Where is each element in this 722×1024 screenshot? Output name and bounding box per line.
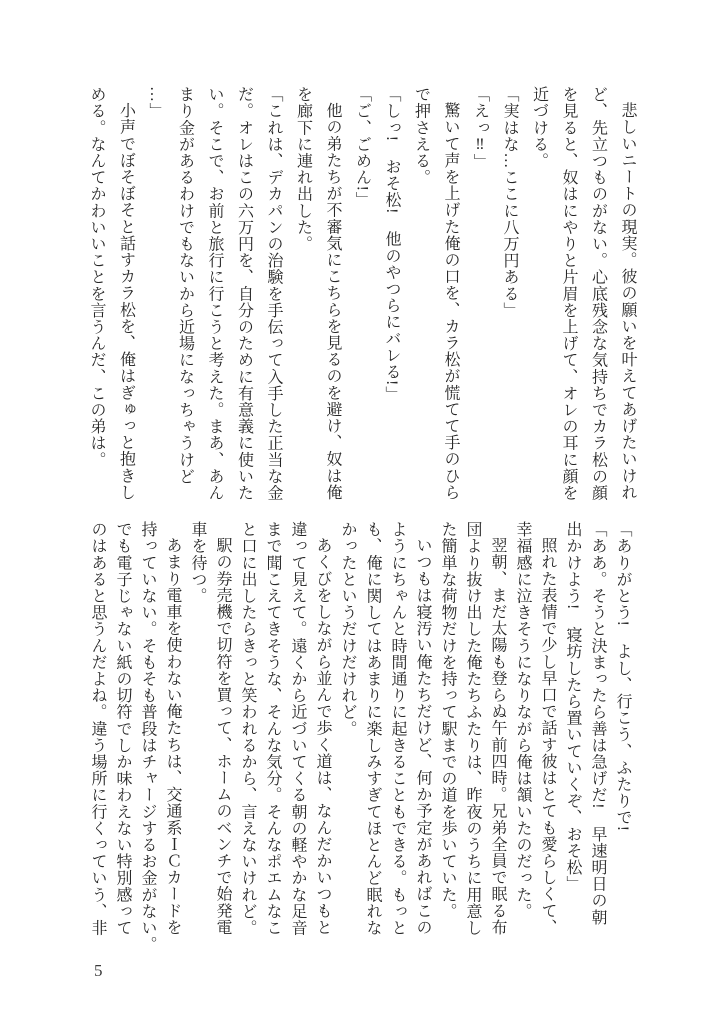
text-line: まり金があるわけでもないから近場になっちゃうけど [170, 86, 200, 504]
text-line: …」 [141, 86, 171, 504]
text-line: 「ああ。そうと決まったら善は急げだ! 早速明日の朝 [585, 521, 610, 957]
text-line: 照れた表情で少し早口で話す彼はとても愛らしくて、 [535, 521, 560, 957]
text-line: 近づける。 [524, 86, 554, 504]
text-line: 持っていない。そもそも普段はチャージするお金がない。 [135, 521, 160, 957]
text-line: 翌朝、まだ太陽も登らぬ午前四時。兄弟全員で眠る布 [485, 521, 510, 957]
text-line: 車を待つ。 [185, 521, 210, 957]
text-line: 「しっ! おそ松! 他のやつらにバレる!」 [377, 86, 407, 504]
text-line: 「ありがとう! よし、行こう、ふたりで! [610, 521, 635, 957]
text-line: 驚いて声を上げた俺の口を、カラ松が慌てて手のひら [436, 86, 466, 504]
text-line: める。なんてかわいいことを言うんだ、この弟は。 [82, 86, 112, 504]
text-line: 団より抜け出した俺たちふたりは、昨夜のうちに用意し [460, 521, 485, 957]
text-line: 「これは、デカパンの治験を手伝って入手した正当な金 [259, 86, 289, 504]
document-page: 悲しいニートの現実。彼の願いを叶えてあげたいけれど、先立つものがない。心底残念な… [0, 0, 722, 1024]
text-line: まで聞こえてきそうな、そんな気分。そんなポエムなこ [260, 521, 285, 957]
text-line: でも電子じゃない紙の切符でしか味わえない特別感って [110, 521, 135, 957]
text-line: 「えっ‼」 [465, 86, 495, 504]
text-line: 他の弟たちが不審気にこちらを見るのを避け、奴は俺 [318, 86, 348, 504]
text-line: かったというだけだけれど。 [335, 521, 360, 957]
vertical-text-block-top: 悲しいニートの現実。彼の願いを叶えてあげたいけれど、先立つものがない。心底残念な… [81, 86, 642, 504]
text-line: た簡単な荷物だけを持って駅までの道を歩いていた。 [435, 521, 460, 957]
text-line: を廊下に連れ出した。 [288, 86, 318, 504]
text-line: いつもは寝汚い俺たちだけど、何か予定があればこの [410, 521, 435, 957]
text-line: 違って見えて。遠くから近づいてくる朝の軽やかな足音 [285, 521, 310, 957]
vertical-text-block-bottom: 「ありがとう! よし、行こう、ふたりで!「ああ。そうと決まったら善は急げだ! 早… [85, 521, 635, 957]
text-line: だ。オレはこの六万円を、自分のために有意義に使いた [229, 86, 259, 504]
text-line: 小声でぼそぼそと話すカラ松を、俺はぎゅっと抱きし [111, 86, 141, 504]
text-line: 出かけよう! 寝坊したら置いていくぞ、おそ松」 [560, 521, 585, 957]
text-line: 幸福感に泣きそうになりながら俺は頷いたのだった。 [510, 521, 535, 957]
page-number: 5 [94, 961, 103, 981]
text-line: 「実はな…ここに八万円ある」 [495, 86, 525, 504]
text-line: 駅の券売機で切符を買って、ホームのベンチで始発電 [210, 521, 235, 957]
text-line: ようにちゃんと時間通りに起きることもできる。もっと [385, 521, 410, 957]
text-line: い。そこで、お前と旅行に行こうと考えた。まあ、あん [200, 86, 230, 504]
text-line: を見ると、奴はにやりと片眉を上げて、オレの耳に顔を [554, 86, 584, 504]
text-line: ど、先立つものがない。心底残念な気持ちでカラ松の顔 [583, 86, 613, 504]
text-line: も、俺に関してはあまりに楽しみすぎてほとんど眠れな [360, 521, 385, 957]
text-line: 「ご、ごめん!」 [347, 86, 377, 504]
text-line: で押さえる。 [406, 86, 436, 504]
text-line: 悲しいニートの現実。彼の願いを叶えてあげたいけれ [613, 86, 643, 504]
text-line: あまり電車を使わない俺たちは、交通系ＩＣカードを [160, 521, 185, 957]
text-line: のはあると思うんだよね。違う場所に行くっていう、非 [85, 521, 110, 957]
text-line: あくびをしながら並んで歩く道は、なんだかいつもと [310, 521, 335, 957]
text-line: と口に出したらきっと笑われるから、言えないけれど。 [235, 521, 260, 957]
